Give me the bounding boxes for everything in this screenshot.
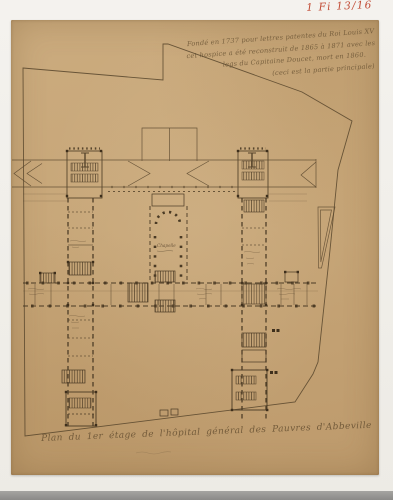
cross-wing [23, 271, 318, 312]
left-pavilion [66, 149, 102, 199]
right-wing [231, 198, 280, 422]
floor-plan-drawing: Chapelle [11, 20, 379, 475]
right-pavilion [237, 149, 268, 199]
chapel: Chapelle [150, 194, 187, 282]
left-wing [39, 198, 97, 428]
right-wedge [318, 207, 335, 268]
boundary-outbuildings [160, 409, 178, 416]
scanner-edge-strip [0, 491, 393, 500]
chapel-label: Chapelle [157, 243, 176, 248]
document-paper: Fondé en 1737 pour lettres patentes du R… [11, 20, 379, 475]
main-wing [12, 128, 316, 201]
